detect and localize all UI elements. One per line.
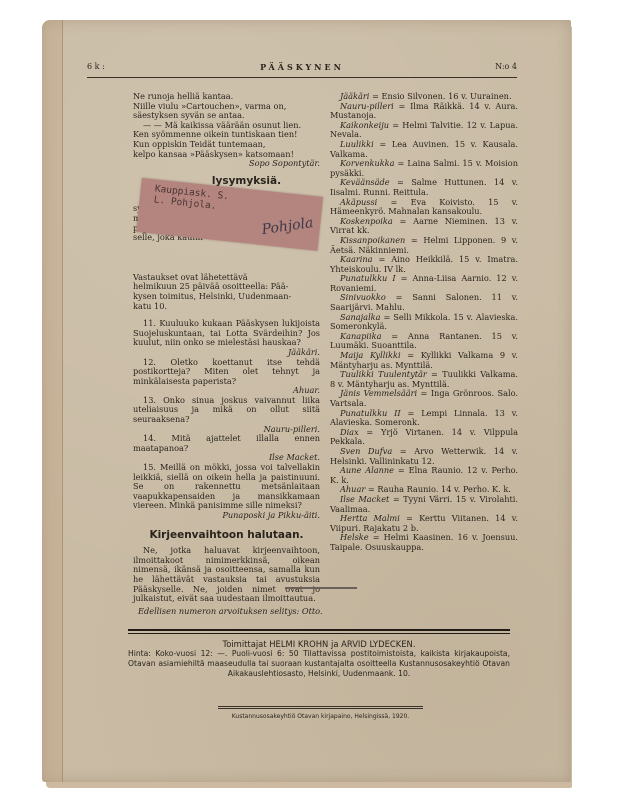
pen-pal-nickname: Punatulkku II — [340, 408, 401, 418]
pen-pal-nickname: Ahuar — [340, 484, 365, 494]
pen-pal-nickname: Koskenpoika — [340, 216, 393, 226]
running-header: 6 k : PÄÄSKYNEN N:o 4 — [87, 62, 517, 78]
pen-pal-entry: Sven Dufva = Arvo Wetterwik. 14 v. Helsi… — [330, 447, 518, 466]
pen-pal-entry: Maija Kyllikki = Kyllikki Valkama 9 v. M… — [330, 351, 518, 370]
issue-number: N:o 4 — [495, 62, 517, 71]
handwritten-signature: Pohjola — [261, 218, 314, 236]
pen-pal-entry: Kissanpoikanen = Helmi Lipponen. 9 v. Äe… — [330, 236, 518, 255]
pen-pal-entry: Sinivuokko = Sanni Salonen. 11 v. Saarij… — [330, 293, 518, 312]
pen-pal-nickname: Maija Kyllikki — [340, 350, 401, 360]
pen-pal-nickname: Luulikki — [340, 139, 374, 149]
pen-pal-nickname: Keväänsäde — [340, 177, 390, 187]
question-15: 15. Meillä on mökki, jossa voi talvellak… — [133, 463, 320, 521]
pen-pal-details: = Ensio Silvonen. 16 v. Uurainen. — [369, 91, 511, 101]
pen-pal-nickname: Kaikonkeiju — [340, 120, 389, 130]
pen-pal-nickname: Diax — [340, 427, 359, 437]
left-column: Ne runoja helliä kantaa. Niille viulu »C… — [133, 92, 320, 604]
question-14: 14. Mitä ajattelet illalla ennen maatapa… — [133, 434, 320, 463]
pen-pal-nickname: Sanajalka — [340, 312, 381, 322]
section-divider — [285, 587, 357, 589]
subscription-info: Hinta: Koko-vuosi 12: —. Puoli-vuosi 6: … — [128, 649, 510, 679]
pen-pal-nickname: Kaarina — [340, 254, 373, 264]
pen-pal-details: = Yrjö Virtanen. 14 v. Vilppula Pekkala. — [330, 427, 518, 447]
imprint-rule — [128, 629, 510, 634]
intro-line: katu 10. — [133, 302, 320, 312]
pen-pal-entry: Punatulkku II = Lempi Linnala. 13 v. Ala… — [330, 409, 518, 428]
printer-rule — [218, 706, 423, 709]
poem: Ne runoja helliä kantaa. Niille viulu »C… — [133, 92, 320, 169]
pen-pal-entry: Kaarina = Aino Heikkilä. 15 v. Imatra. Y… — [330, 255, 518, 274]
pen-pal-entry: Sanajalka = Selli Mikkola. 15 v. Alavies… — [330, 313, 518, 332]
pen-pal-entry: Aune Alanne = Elna Raunio. 12 v. Perho. … — [330, 466, 518, 485]
pen-pal-entry: Keväänsäde = Salme Huttunen. 14 v. Iisal… — [330, 178, 518, 197]
pen-pal-nickname: Sven Dufva — [340, 446, 392, 456]
pen-pal-nickname: Nauru-pilleri — [340, 101, 394, 111]
header-rule — [87, 77, 517, 78]
pen-pal-entry: Akäpussi = Eva Koivisto. 15 v. Hämeenkyr… — [330, 198, 518, 217]
pen-pal-nickname: Helske — [340, 532, 369, 542]
imprint: Toimittajat HELMI KROHN ja ARVID LYDECKE… — [128, 639, 510, 679]
question-text: 15. Meillä on mökki, jossa voi talvellak… — [133, 463, 320, 511]
riddle-answer: Edellisen numeron arvoituksen selitys: O… — [138, 606, 323, 616]
section-heading-pen-pals: Kirjeenvaihtoon halutaan. — [133, 531, 320, 541]
pen-pal-nickname: Hertta Malmi — [340, 513, 400, 523]
question-text: 14. Mitä ajattelet illalla ennen maatapa… — [133, 434, 320, 453]
editors-line: Toimittajat HELMI KROHN ja ARVID LYDECKE… — [128, 639, 510, 649]
pen-pal-nickname: Ilse Macket — [340, 494, 389, 504]
pen-pal-nickname: Sinivuokko — [340, 292, 386, 302]
pen-pal-entry: Kanapiika = Anna Rantanen. 15 v. Luumäki… — [330, 332, 518, 351]
pen-pal-nickname: Akäpussi — [340, 197, 377, 207]
question-text: 11. Kuuluuko kukaan Pääskysen lukijoista… — [133, 319, 320, 348]
pen-pal-entry: Kaikonkeiju = Helmi Talvitie. 12 v. Lapu… — [330, 121, 518, 140]
pen-pals-text: Ne, jotka haluavat kirjeenvaihtoon, ilmo… — [133, 546, 320, 604]
pen-pal-nickname: Punatulkku I — [340, 273, 396, 283]
pen-pal-entry: Koskenpoika = Aarne Nieminen. 13 v. Virr… — [330, 217, 518, 236]
pen-pal-nickname: Tuulikki Tuulentytär — [340, 369, 427, 379]
pen-pal-entry: Nauru-pilleri = Ilma Räikkä. 14 v. Aura.… — [330, 102, 518, 121]
magazine-title: PÄÄSKYNEN — [87, 62, 517, 72]
pen-pal-nickname: Aune Alanne — [340, 465, 394, 475]
question-signature: Punaposki ja Pikku-äiti. — [133, 511, 320, 521]
poem-signature: Sopo Sopontytär. — [133, 159, 320, 169]
printer-credit: Kustannusosakeyhtiö Otavan kirjapaino, H… — [218, 713, 423, 720]
pen-pal-details: = Rauha Raunio. 14 v. Perho. K. k. — [365, 484, 511, 494]
pen-pal-nickname: Kissanpoikanen — [340, 235, 405, 245]
pen-pal-nickname: Korvenkukka — [340, 158, 395, 168]
question-11: 11. Kuuluuko kukaan Pääskysen lukijoista… — [133, 319, 320, 357]
pen-pal-nickname: Kanapiika — [340, 331, 381, 341]
pen-pal-entry: Punatulkku I = Anna-Liisa Aarnio. 12 v. … — [330, 274, 518, 293]
pen-pal-entry: Hertta Malmi = Kerttu Viitanen. 14 v. Vi… — [330, 514, 518, 533]
question-text: 12. Oletko koettanut itse tehdä postikor… — [133, 358, 320, 387]
pen-pal-entry: Korvenkukka = Laina Salmi. 15 v. Moision… — [330, 159, 518, 178]
pen-pal-entry: Ilse Macket = Tyyni Värri. 15 v. Virolah… — [330, 495, 518, 514]
pen-pal-nickname: Jänis Vemmelsääri — [340, 388, 417, 398]
pen-pal-entry: Helske = Helmi Kaasinen. 16 v. Joensuu. … — [330, 533, 518, 552]
question-12: 12. Oletko koettanut itse tehdä postikor… — [133, 358, 320, 396]
pen-pal-nickname: Jääkäri — [340, 91, 369, 101]
pen-pal-entry: Tuulikki Tuulentytär = Tuulikki Valkama.… — [330, 370, 518, 389]
right-column-pen-pal-list: Jääkäri = Ensio Silvonen. 16 v. Uurainen… — [330, 92, 518, 553]
page-spine-fold — [42, 20, 63, 782]
question-text: 13. Onko sinua joskus vaivannut liika ut… — [133, 396, 320, 425]
pen-pal-entry: Luulikki = Lea Auvinen. 15 v. Kausala. V… — [330, 140, 518, 159]
question-13: 13. Onko sinua joskus vaivannut liika ut… — [133, 396, 320, 434]
pen-pal-entry: Jänis Vemmelsääri = Inga Grönroos. Salo.… — [330, 389, 518, 408]
pen-pal-entry: Diax = Yrjö Virtanen. 14 v. Vilppula Pek… — [330, 428, 518, 447]
